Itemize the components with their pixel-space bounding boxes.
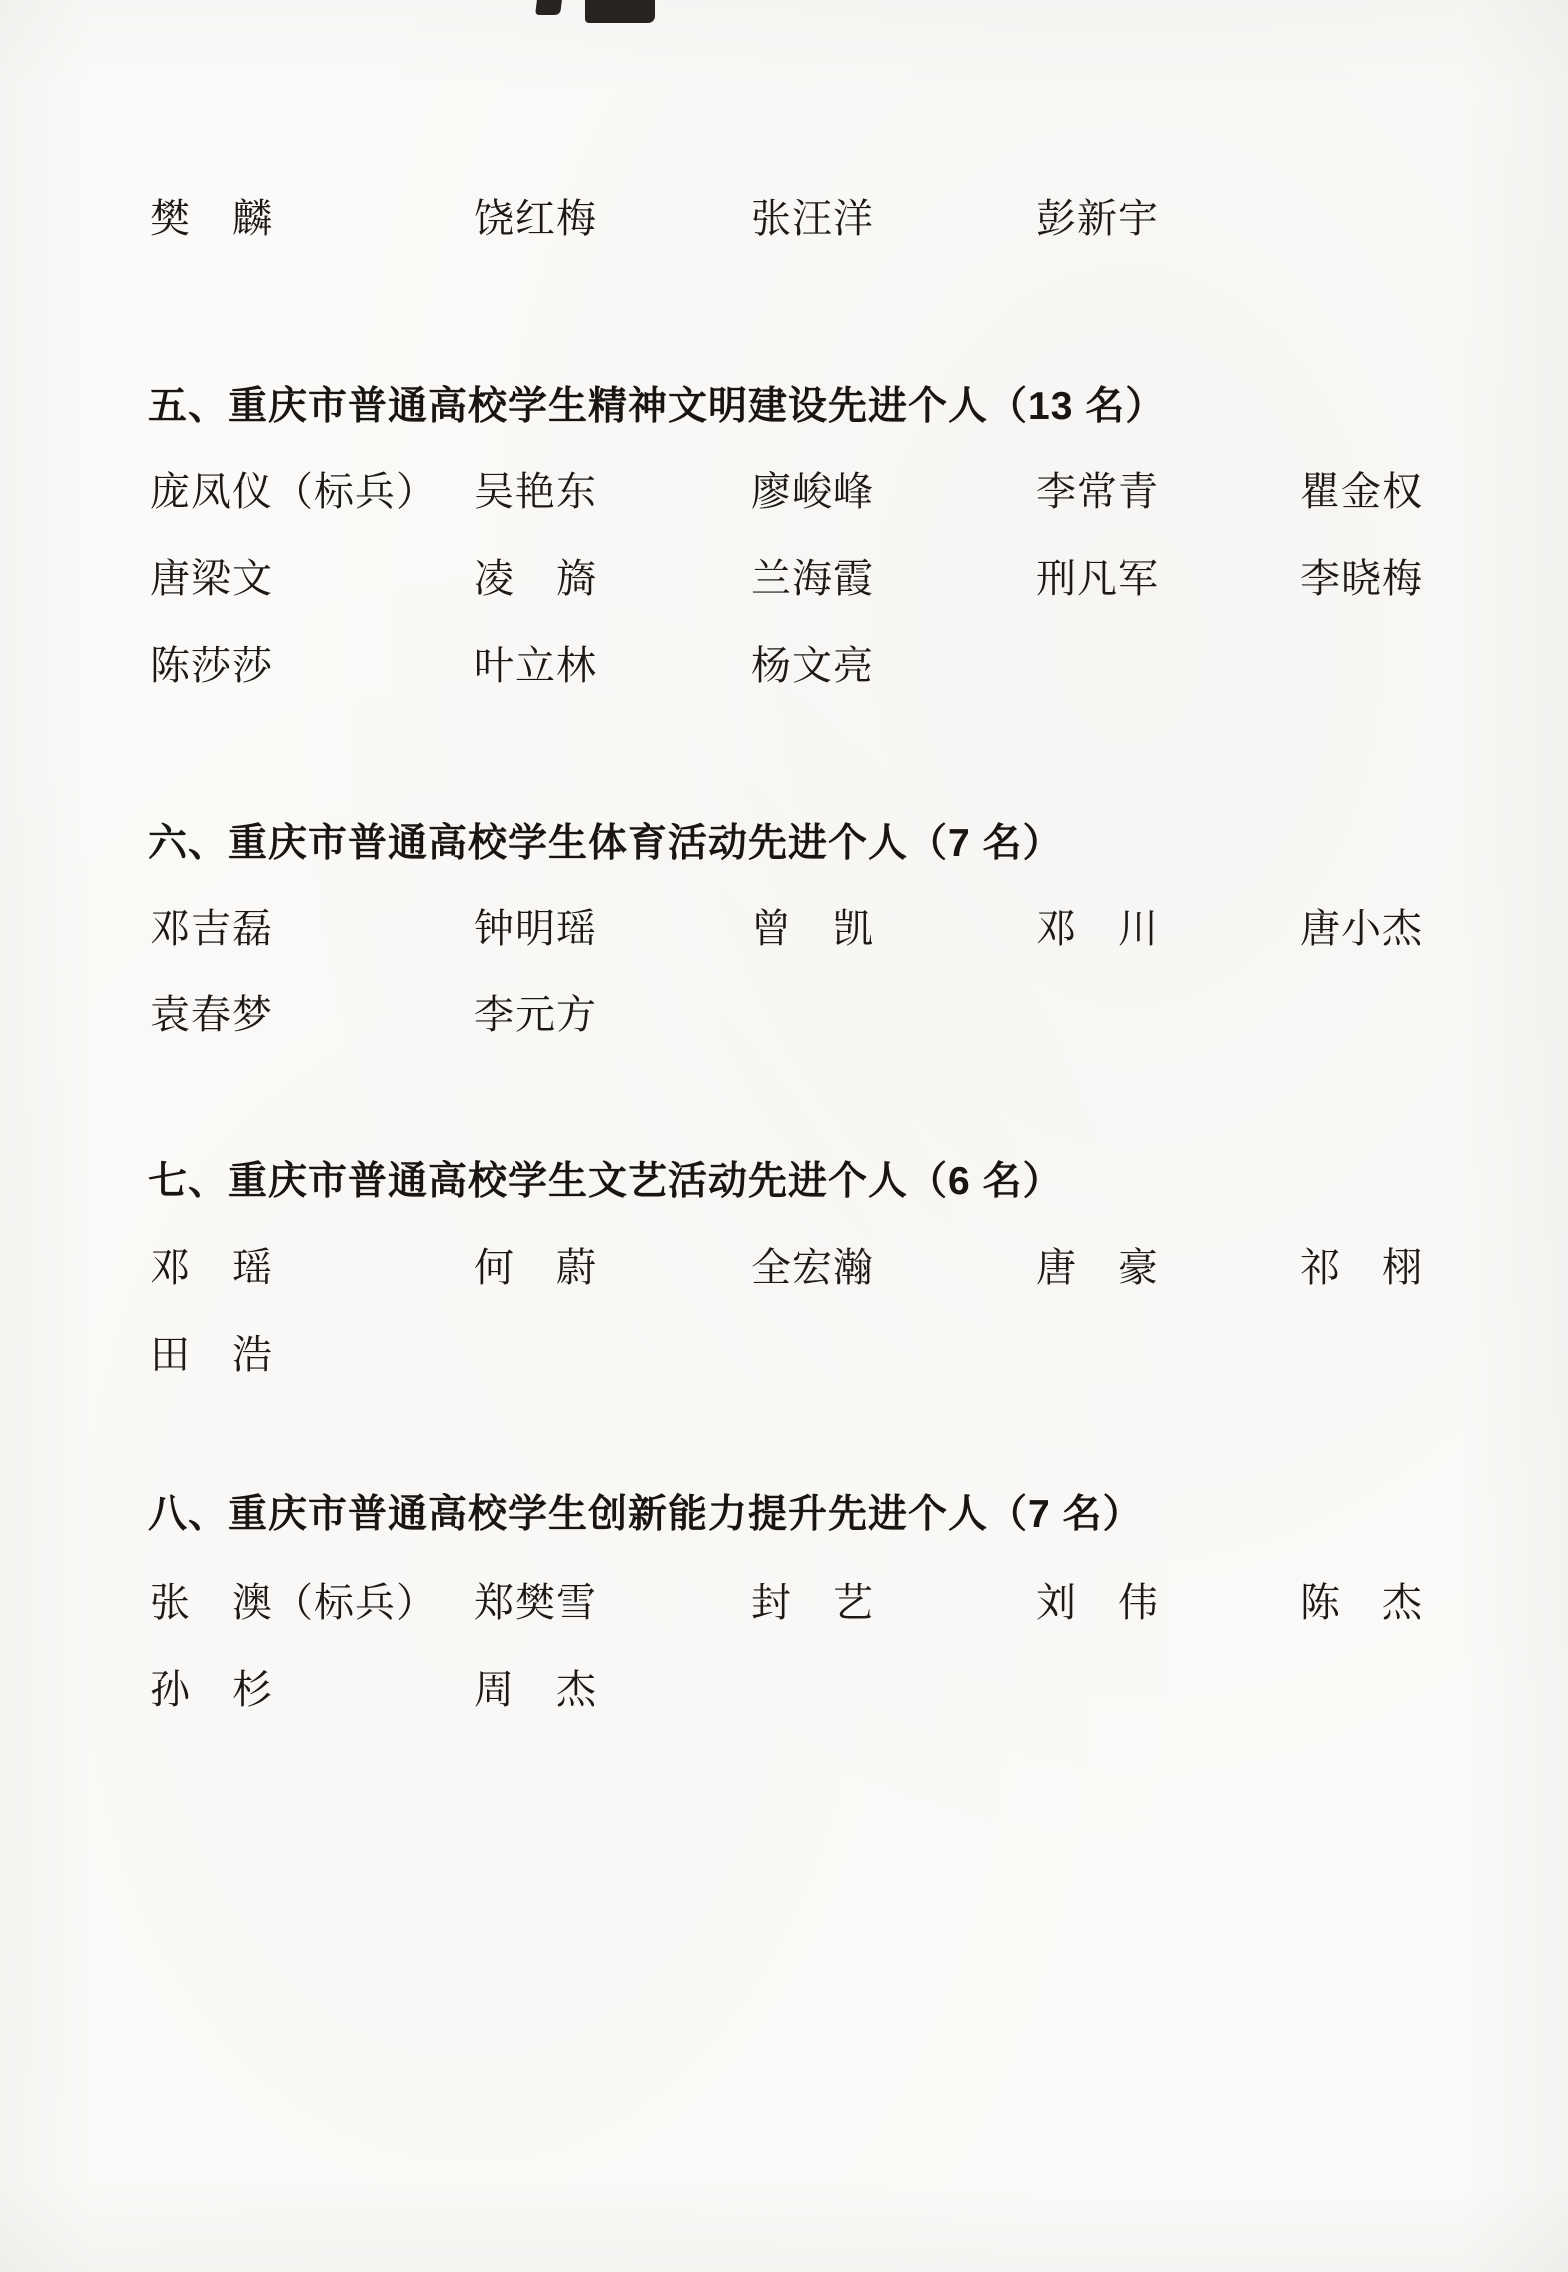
- person-name: 何 蔚: [474, 1246, 597, 1290]
- name-row: 张 澳（标兵） 郑樊雪 封 艺 刘 伟 陈 杰: [0, 1581, 1568, 1633]
- person-name: 邓吉磊: [150, 907, 273, 951]
- name-row: 陈莎莎 叶立林 杨文亮: [0, 644, 1568, 696]
- person-name: 周 杰: [474, 1668, 597, 1712]
- person-name: 钟明瑶: [474, 907, 597, 951]
- name-row: 唐梁文 凌 旖 兰海霞 刑凡军 李晓梅: [0, 557, 1568, 609]
- person-name: 陈莎莎: [150, 644, 273, 688]
- person-name: 张 澳（标兵）: [150, 1581, 437, 1625]
- name-row: 袁春梦 李元方: [0, 993, 1568, 1045]
- person-name: 陈 杰: [1300, 1581, 1423, 1625]
- name-row: 邓吉磊 钟明瑶 曾 凯 邓 川 唐小杰: [0, 907, 1568, 959]
- person-name: 廖峻峰: [751, 470, 874, 514]
- person-name: 封 艺: [751, 1581, 874, 1625]
- person-name: 曾 凯: [751, 907, 874, 951]
- person-name: 全宏瀚: [751, 1246, 874, 1290]
- person-name: 邓 瑶: [150, 1246, 273, 1290]
- person-name: 李常青: [1036, 470, 1159, 514]
- person-name: 李晓梅: [1300, 557, 1423, 601]
- person-name: 祁 栩: [1300, 1246, 1423, 1290]
- person-name: 唐小杰: [1300, 907, 1423, 951]
- person-name: 凌 旖: [474, 557, 597, 601]
- scan-edge-artifact: [535, 0, 562, 15]
- person-name: 彭新宇: [1036, 197, 1159, 241]
- person-name: 樊 麟: [150, 197, 273, 241]
- person-name: 庞凤仪（标兵）: [150, 470, 437, 514]
- person-name: 叶立林: [474, 644, 597, 688]
- person-name: 邓 川: [1036, 907, 1159, 951]
- name-row: 田 浩: [0, 1333, 1568, 1385]
- section-title: 六、重庆市普通高校学生体育活动先进个人（7 名）: [148, 822, 1063, 867]
- person-name: 吴艳东: [474, 470, 597, 514]
- person-name: 张汪洋: [751, 197, 874, 241]
- scanned-document-page: 樊 麟 饶红梅 张汪洋 彭新宇 五、重庆市普通高校学生精神文明建设先进个人（13…: [0, 0, 1568, 2272]
- person-name: 郑樊雪: [474, 1581, 597, 1625]
- person-name: 孙 杉: [150, 1668, 273, 1712]
- person-name: 瞿金权: [1300, 470, 1423, 514]
- person-name: 唐梁文: [150, 557, 273, 601]
- section-title: 七、重庆市普通高校学生文艺活动先进个人（6 名）: [148, 1160, 1063, 1205]
- name-row: 孙 杉 周 杰: [0, 1668, 1568, 1720]
- person-name: 唐 豪: [1036, 1246, 1159, 1290]
- name-row: 樊 麟 饶红梅 张汪洋 彭新宇: [0, 197, 1568, 249]
- person-name: 刑凡军: [1036, 557, 1159, 601]
- person-name: 李元方: [474, 993, 597, 1037]
- person-name: 刘 伟: [1036, 1581, 1159, 1625]
- scan-edge-artifact: [585, 0, 655, 23]
- person-name: 杨文亮: [751, 644, 874, 688]
- person-name: 田 浩: [150, 1333, 273, 1377]
- name-row: 邓 瑶 何 蔚 全宏瀚 唐 豪 祁 栩: [0, 1246, 1568, 1298]
- person-name: 饶红梅: [474, 197, 597, 241]
- section-title: 五、重庆市普通高校学生精神文明建设先进个人（13 名）: [148, 385, 1165, 430]
- person-name: 袁春梦: [150, 993, 273, 1037]
- section-title: 八、重庆市普通高校学生创新能力提升先进个人（7 名）: [148, 1493, 1143, 1538]
- person-name: 兰海霞: [751, 557, 874, 601]
- name-row: 庞凤仪（标兵） 吴艳东 廖峻峰 李常青 瞿金权: [0, 470, 1568, 522]
